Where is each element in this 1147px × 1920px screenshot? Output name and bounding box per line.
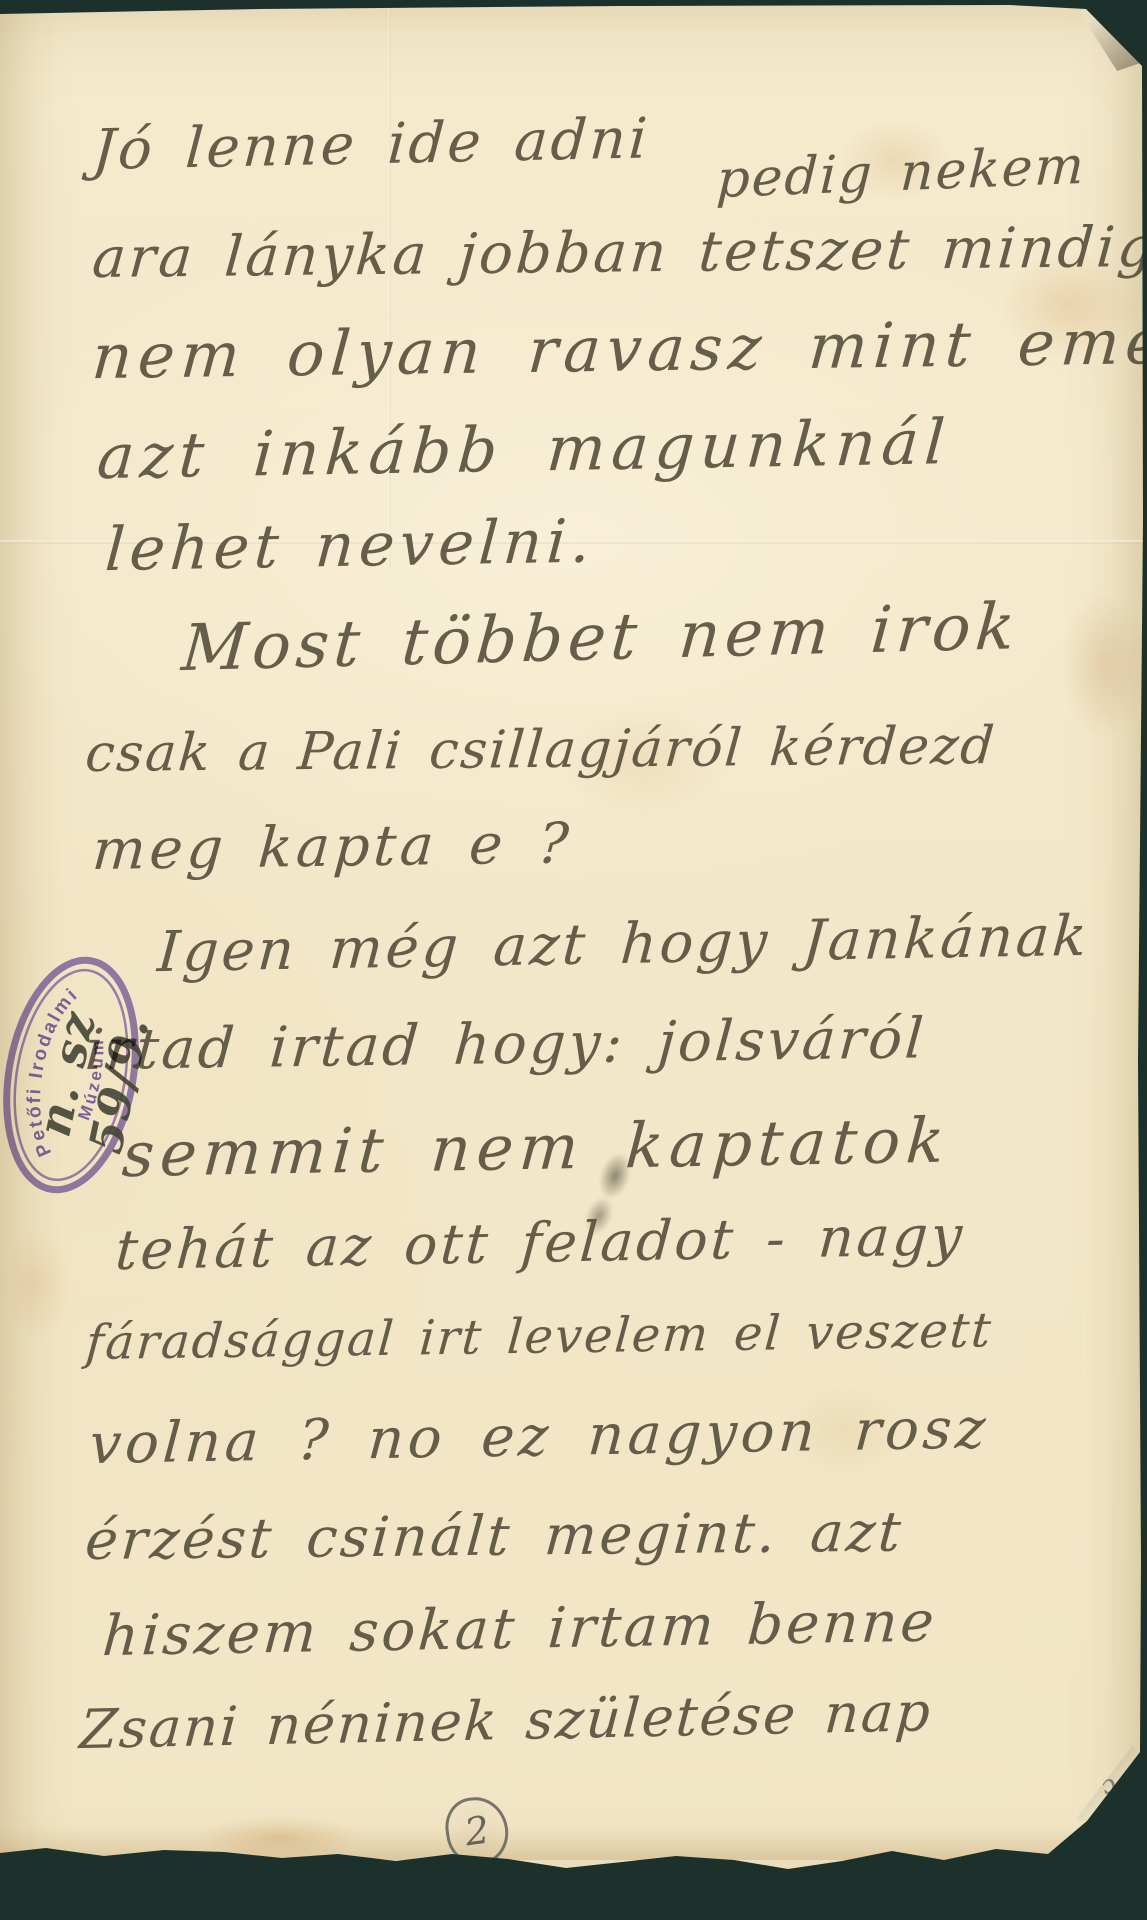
handwriting-line: semmit nem kaptatok xyxy=(120,1104,953,1192)
folded-corner-top-right xyxy=(1080,5,1144,71)
handwriting-line: Most többet nem irok xyxy=(179,590,1022,686)
paper-stain xyxy=(1060,590,1147,740)
handwriting-line: fáradsággal irt levelem el veszett xyxy=(84,1302,995,1371)
paper-stain xyxy=(0,1230,70,1340)
letter-page: Jó lenne ide adni pedig nekem ara lányka… xyxy=(0,0,1147,1920)
handwriting-line: lehet nevelni. xyxy=(103,506,598,585)
handwriting-line: irtad irtad hogy: jolsváról xyxy=(83,1006,928,1083)
handwriting-line: csak a Pali csillagjáról kérdezd xyxy=(83,716,998,784)
handwriting-line: nem olyan ravasz mint emez xyxy=(90,304,1147,393)
handwriting-line: Jó lenne ide adni xyxy=(91,106,652,183)
bottom-edge-wear xyxy=(0,1826,1147,1860)
handwriting-line: pedig nekem xyxy=(715,136,1087,210)
handwriting-line: volna ? no ez nagyon rosz xyxy=(87,1396,991,1477)
handwriting-line: Zsani néninek születése nap xyxy=(78,1680,934,1761)
handwriting-line: azt inkább magunknál xyxy=(95,405,953,493)
handwriting-line: Igen még azt hogy Jankának xyxy=(155,904,1091,985)
corner-pencil-mark: 5 xyxy=(1093,1767,1123,1801)
scan-background: Jó lenne ide adni pedig nekem ara lányka… xyxy=(0,0,1147,1920)
handwriting-line: meg kapta e ? xyxy=(90,811,574,883)
handwriting-line: hiszem sokat irtam benne xyxy=(100,1589,939,1669)
handwriting-line: tehát az ott feladot - nagy xyxy=(114,1203,968,1282)
page-number: 2 xyxy=(462,1808,492,1855)
handwriting-line: érzést csinált megint. azt xyxy=(83,1499,906,1572)
handwriting-line: ara lányka jobban tetszet mindig xyxy=(90,215,1147,291)
folded-corner-bottom-right: 5 xyxy=(1076,1745,1144,1827)
